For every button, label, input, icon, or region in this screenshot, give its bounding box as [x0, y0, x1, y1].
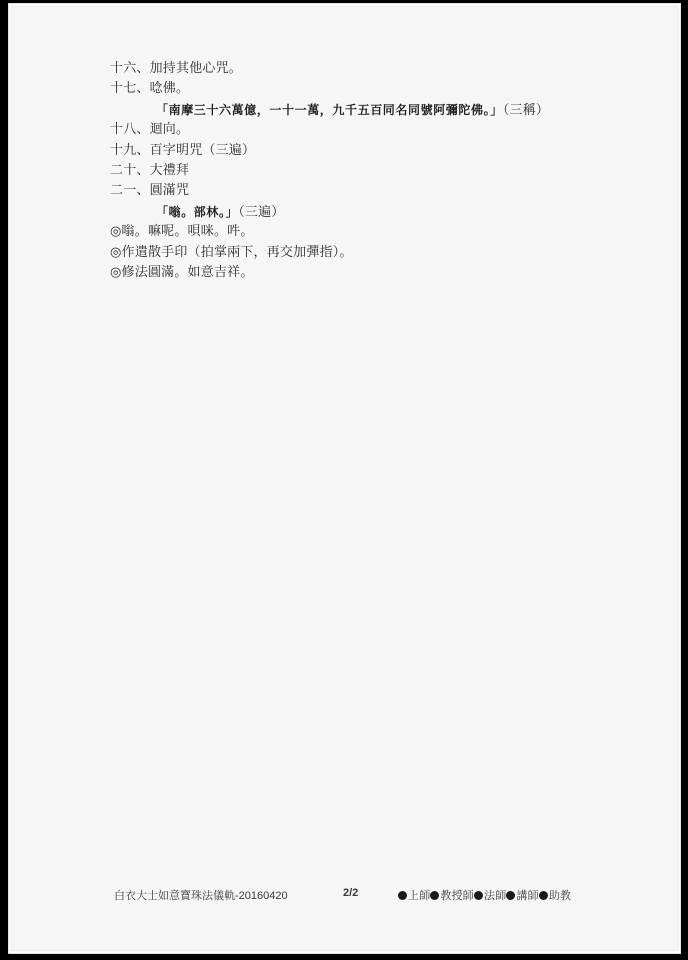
role-item: 教授師	[440, 890, 474, 902]
step-21-mantra: 「嗡。部林。」（三遍）	[110, 202, 650, 222]
step-21: 二一、圓滿咒	[110, 181, 650, 201]
document-page: 十六、加持其他心咒。 十七、唸佛。 「南摩三十六萬億，一十一萬，九千五百同名同號…	[8, 3, 681, 954]
chant-repeat-note: （三稱）	[503, 103, 549, 118]
bullet-icon	[474, 891, 483, 900]
footer-document-title: 白衣大士如意寶珠法儀軌-20160420	[114, 887, 288, 903]
dismissal-mudra: ◎作遣散手印（拍掌兩下，再交加彈指）。	[110, 243, 650, 263]
step-18: 十八、迴向。	[110, 120, 650, 140]
closing-mantra: ◎嗡。嘛呢。唄咪。吽。	[110, 222, 650, 242]
step-17: 十七、唸佛。	[110, 79, 650, 99]
completion-blessing: ◎修法圓滿。如意吉祥。	[110, 263, 650, 283]
mantra-repeat-note: （三遍）	[238, 205, 284, 220]
step-17-chant: 「南摩三十六萬億，一十一萬，九千五百同名同號阿彌陀佛。」（三稱）	[110, 100, 650, 120]
step-16: 十六、加持其他心咒。	[110, 59, 650, 79]
document-body: 十六、加持其他心咒。 十七、唸佛。 「南摩三十六萬億，一十一萬，九千五百同名同號…	[110, 59, 650, 283]
role-item: 上師	[408, 890, 430, 902]
footer-roles: 上師教授師法師講師助教	[398, 887, 571, 903]
bullet-icon	[539, 891, 548, 900]
step-20: 二十、大禮拜	[110, 161, 650, 181]
page-footer: 白衣大士如意寶珠法儀軌-20160420 2/2 上師教授師法師講師助教	[8, 883, 681, 905]
role-item: 法師	[484, 890, 506, 902]
bullet-icon	[430, 891, 439, 900]
role-item: 講師	[516, 890, 538, 902]
bullet-icon	[506, 891, 515, 900]
step-19: 十九、百字明咒（三遍）	[110, 141, 650, 161]
bullet-icon	[398, 891, 407, 900]
mantra-text: 「嗡。部林。」	[156, 205, 238, 219]
chant-text: 「南摩三十六萬億，一十一萬，九千五百同名同號阿彌陀佛。」	[156, 103, 503, 117]
role-item: 助教	[549, 890, 571, 902]
footer-page-number: 2/2	[343, 887, 358, 899]
